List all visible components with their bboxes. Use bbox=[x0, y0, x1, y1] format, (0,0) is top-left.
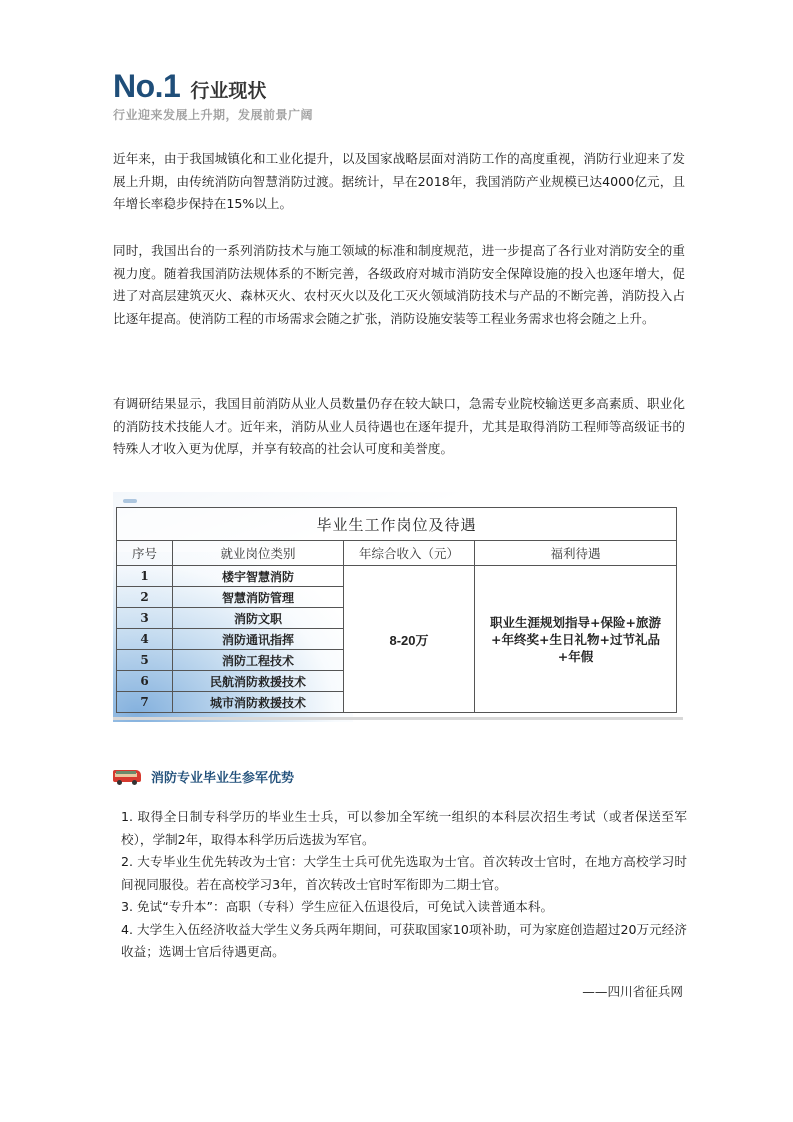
list-item: 4. 大学生入伍经济收益大学生义务兵两年期间，可获取国家10项补助，可为家庭创造… bbox=[121, 919, 687, 964]
row-number: 5 bbox=[117, 650, 173, 671]
jobs-table-image: 毕业生工作岗位及待遇 序号 就业岗位类别 年综合收入（元） 福利待遇 1 楼宇智… bbox=[113, 492, 683, 722]
military-advantages-list: 1. 取得全日制专科学历的毕业生士兵，可以参加全军统一组织的本科层次招生考试（或… bbox=[121, 806, 687, 964]
job-category: 消防文职 bbox=[173, 608, 344, 629]
row-number: 3 bbox=[117, 608, 173, 629]
decorative-mark bbox=[123, 499, 137, 503]
paragraph-industry-growth: 近年来，由于我国城镇化和工业化提升，以及国家战略层面对消防工作的高度重视，消防行… bbox=[113, 148, 685, 216]
section-number: No.1 bbox=[113, 68, 180, 104]
job-category: 智慧消防管理 bbox=[173, 587, 344, 608]
row-number: 6 bbox=[117, 671, 173, 692]
row-number: 2 bbox=[117, 587, 173, 608]
column-header-benefits: 福利待遇 bbox=[475, 541, 677, 566]
annual-income: 8-20万 bbox=[344, 566, 475, 713]
row-number: 7 bbox=[117, 692, 173, 713]
bus-icon bbox=[113, 768, 143, 786]
jobs-table: 毕业生工作岗位及待遇 序号 就业岗位类别 年综合收入（元） 福利待遇 1 楼宇智… bbox=[116, 507, 677, 713]
job-category: 城市消防救援技术 bbox=[173, 692, 344, 713]
column-header-income: 年综合收入（元） bbox=[344, 541, 475, 566]
source-attribution: ——四川省征兵网 bbox=[582, 981, 683, 1000]
row-number: 1 bbox=[117, 566, 173, 587]
column-header-category: 就业岗位类别 bbox=[173, 541, 344, 566]
section-heading: No.1 行业现状 bbox=[113, 68, 266, 104]
military-advantages-title: 消防专业毕业生参军优势 bbox=[151, 767, 294, 786]
paragraph-talent-demand: 有调研结果显示，我国目前消防从业人员数量仍存在较大缺口，急需专业院校输送更多高素… bbox=[113, 393, 685, 461]
column-header-no: 序号 bbox=[117, 541, 173, 566]
paragraph-regulations: 同时，我国出台的一系列消防技术与施工领域的标准和制度规范，进一步提高了各行业对消… bbox=[113, 240, 685, 330]
job-category: 民航消防救援技术 bbox=[173, 671, 344, 692]
military-advantages-heading: 消防专业毕业生参军优势 bbox=[113, 767, 294, 786]
job-category: 楼宇智慧消防 bbox=[173, 566, 344, 587]
table-caption: 毕业生工作岗位及待遇 bbox=[117, 508, 677, 541]
list-item: 2. 大专毕业生优先转改为士官：大学生士兵可优先选取为士官。首次转改士官时，在地… bbox=[121, 851, 687, 896]
row-number: 4 bbox=[117, 629, 173, 650]
benefits: 职业生涯规划指导+保险+旅游+年终奖+生日礼物+过节礼品+年假 bbox=[475, 566, 677, 713]
list-item: 1. 取得全日制专科学历的毕业生士兵，可以参加全军统一组织的本科层次招生考试（或… bbox=[121, 806, 687, 851]
section-title: 行业现状 bbox=[190, 76, 266, 103]
table-row: 1 楼宇智慧消防 8-20万 职业生涯规划指导+保险+旅游+年终奖+生日礼物+过… bbox=[117, 566, 677, 587]
job-category: 消防工程技术 bbox=[173, 650, 344, 671]
job-category: 消防通讯指挥 bbox=[173, 629, 344, 650]
image-bottom-border bbox=[113, 717, 683, 720]
section-subtitle: 行业迎来发展上升期，发展前景广阔 bbox=[113, 106, 313, 123]
list-item: 3. 免试“专升本”：高职（专科）学生应征入伍退役后，可免试入读普通本科。 bbox=[121, 896, 687, 919]
